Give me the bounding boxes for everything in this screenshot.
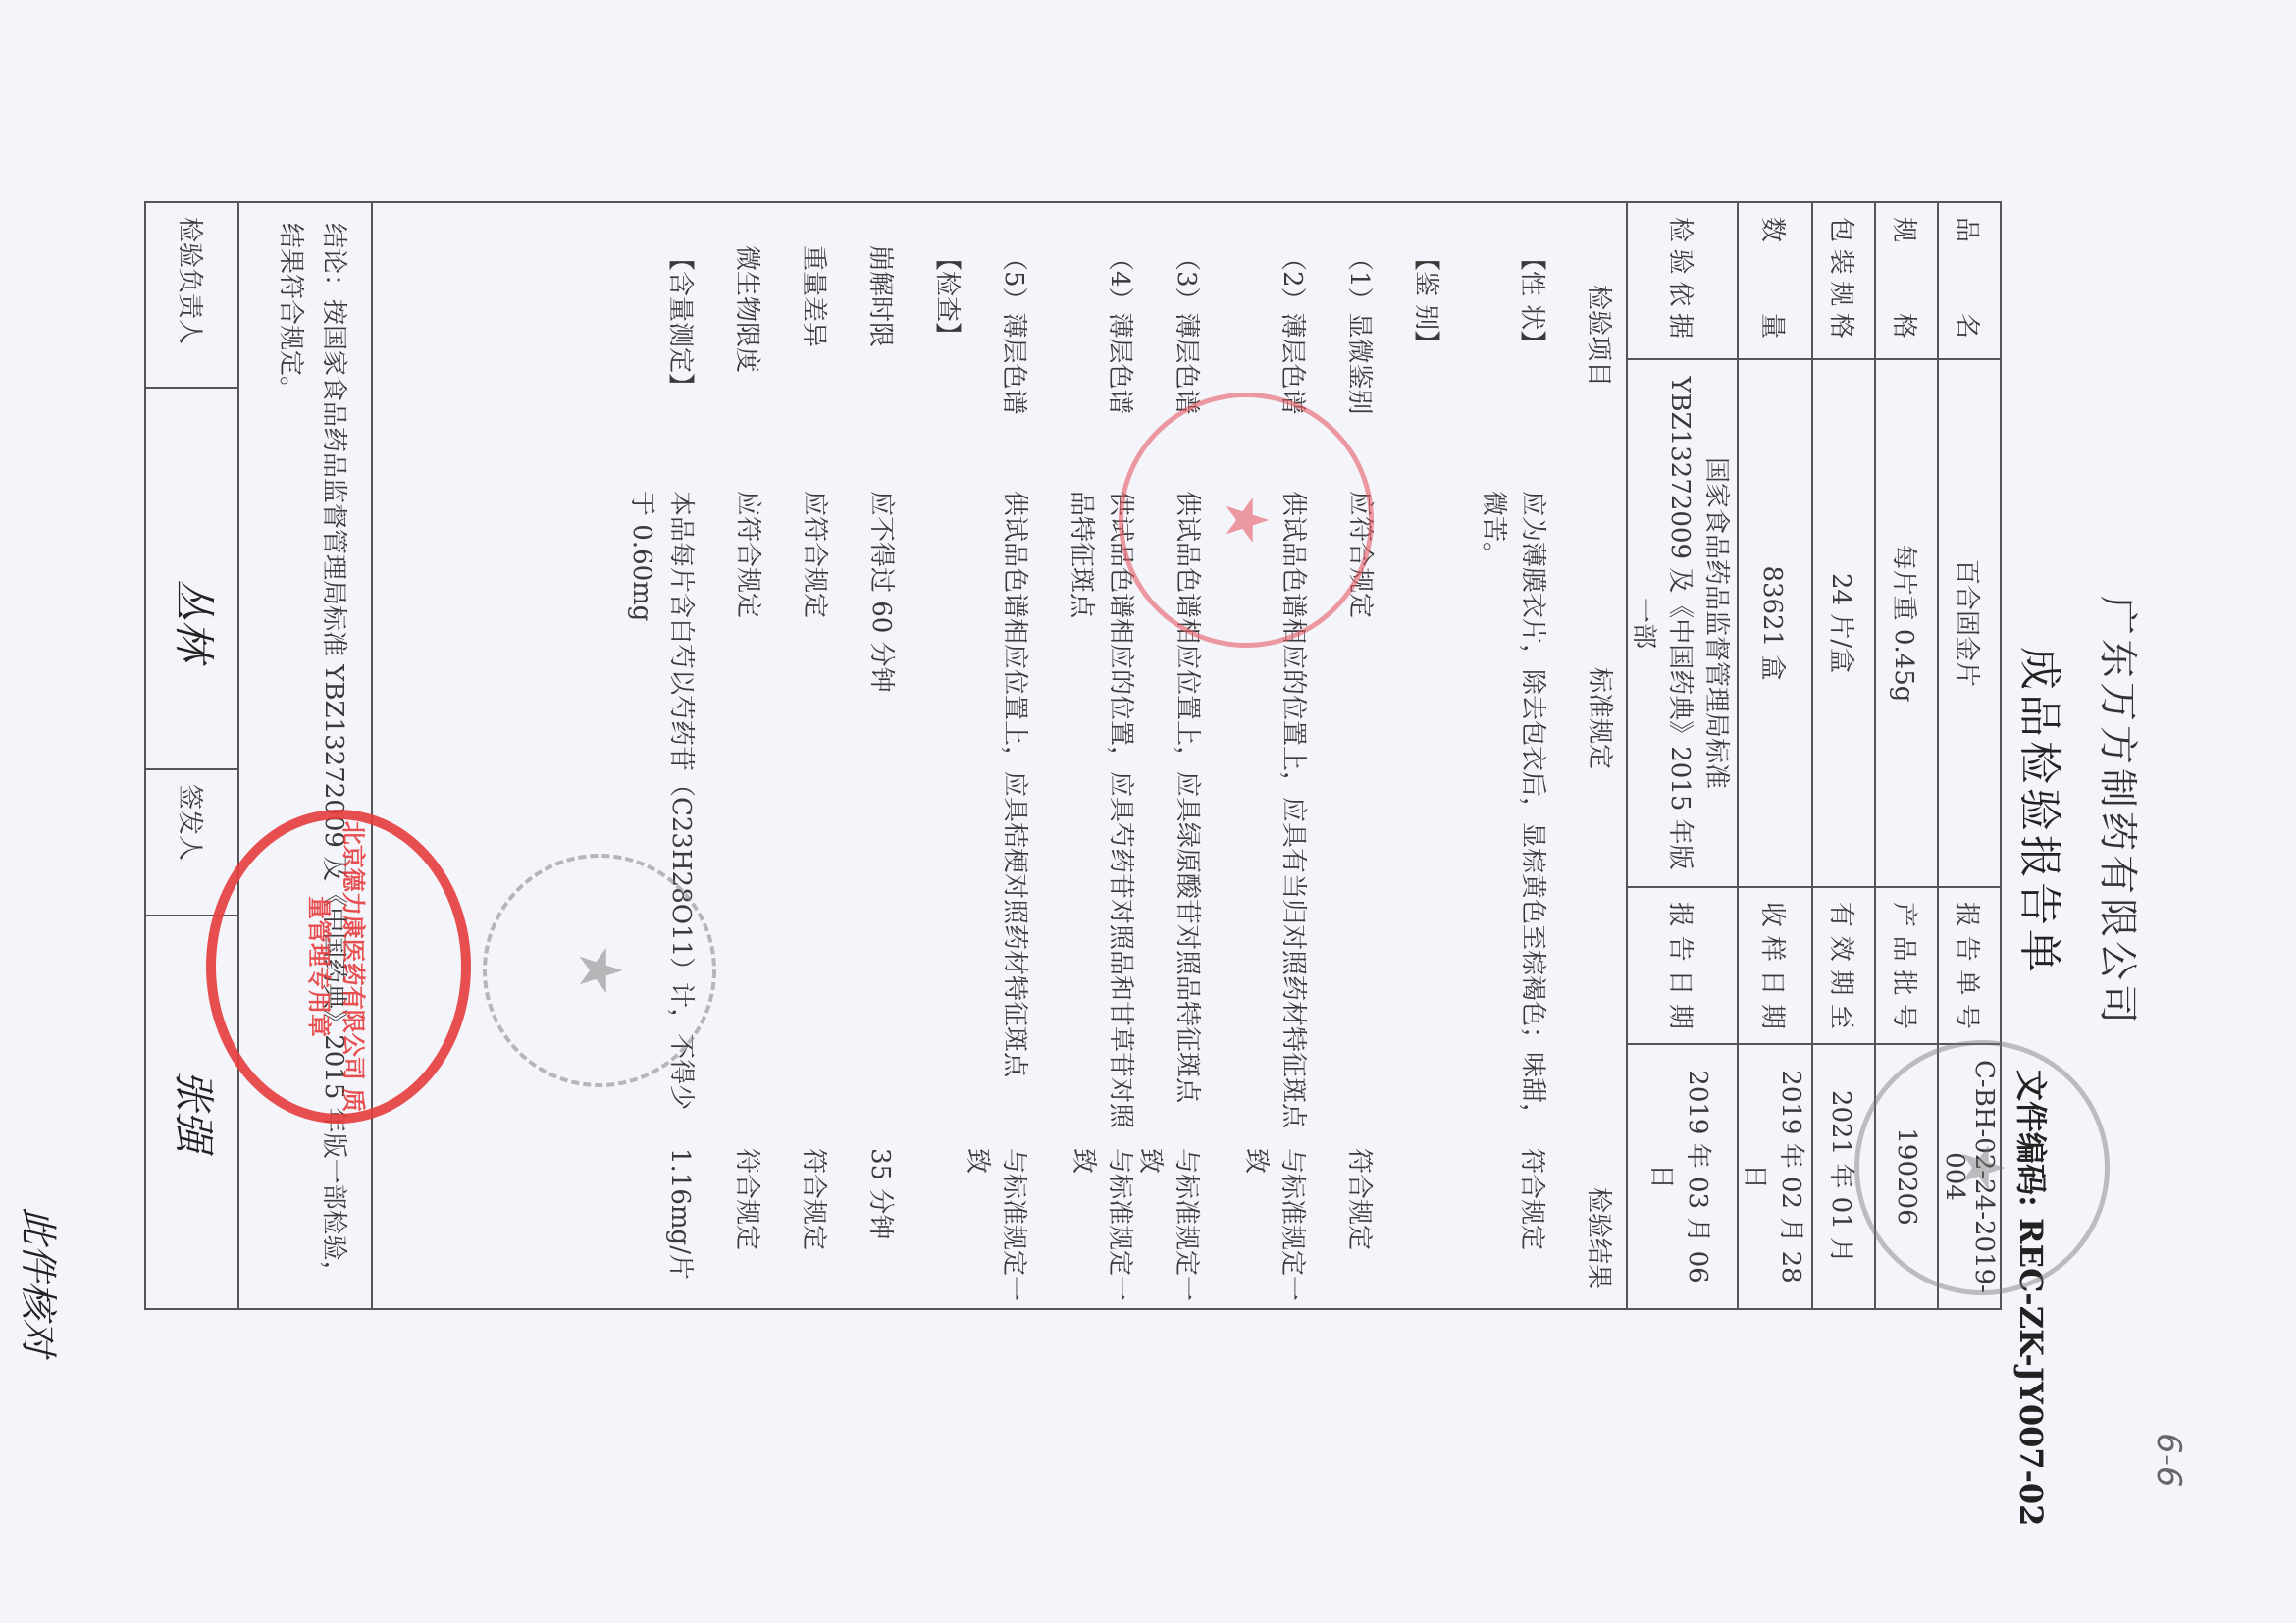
info-label: 数量	[1738, 202, 1812, 359]
info-label: 规格	[1875, 202, 1938, 359]
inspection-item-row: 【检查】	[901, 196, 967, 1315]
item-result: 35 分钟	[864, 1148, 901, 1239]
item-result: 1.16mg/片	[664, 1148, 701, 1280]
item-standard: 供试品色谱相应的位置，应具芍药苷对照品和甘草苷对照品特征斑点	[1062, 491, 1140, 1128]
gray-seal-stamp: ★	[483, 854, 716, 1087]
inspection-item-row: 微生物限度应符合规定符合规定	[701, 196, 767, 1315]
inspection-item-row: （5）薄层色谱供试品色谱相应位置上，应具桔梗对照药材特征斑点与标准规定一致	[967, 196, 1034, 1315]
item-result: 符合规定	[731, 1148, 767, 1250]
item-standard: 应不得过 60 分钟	[861, 491, 901, 1128]
info-label: 报告单号	[1938, 887, 2001, 1044]
inspection-item-row: 重量差异应符合规定符合规定	[767, 196, 834, 1315]
item-standard: 供试品色谱相应位置上，应具桔梗对照药材特征斑点	[995, 491, 1034, 1128]
info-value: 百合固金片	[1938, 359, 2001, 887]
inspection-item-row: 崩解时限应不得过 60 分钟35 分钟	[834, 196, 901, 1315]
issuer-signature: 张强	[167, 1070, 226, 1152]
item-name: （1）显微鉴别	[1343, 245, 1380, 415]
company-name: 广东万方制药有限公司	[2093, 0, 2149, 1623]
item-name: （5）薄层色谱	[998, 245, 1034, 415]
item-name: 微生物限度	[731, 245, 767, 373]
inspector-signature: 丛林	[167, 579, 226, 661]
inspection-item-row: 【鉴 别】	[1380, 196, 1446, 1315]
inspection-report-page: 6-6 广东万方制药有限公司 成品检验报告单 文件编码: REC-ZK-JY00…	[0, 0, 2296, 1623]
inspection-item-row: 【含量测定】本品每片含白芍以芍药苷（C23H28O11）计，不得少于 0.60m…	[595, 196, 701, 1315]
inspection-item-row: （2）薄层色谱供试品色谱相应的位置上，应具有当归对照药材特征斑点与标准规定一致	[1207, 196, 1313, 1315]
inspection-item-row: （1）显微鉴别应符合规定符合规定	[1313, 196, 1380, 1315]
inspection-item-row: （4）薄层色谱供试品色谱相应的位置，应具芍药苷对照品和甘草苷对照品特征斑点与标准…	[1034, 196, 1140, 1315]
item-name: 【检查】	[931, 245, 967, 347]
inspection-items-list: 检验项目 标准规定 检验结果 【性 状】应为薄膜衣片，除去包衣后，显棕黄色至棕褐…	[595, 196, 1619, 1315]
company-seal-stamp: ★	[1854, 1040, 2110, 1295]
item-result: 与标准规定一致	[1068, 1148, 1140, 1315]
item-result: 符合规定	[1516, 1148, 1552, 1250]
item-result: 与标准规定一致	[1134, 1148, 1207, 1315]
info-label: 产品批号	[1875, 887, 1938, 1044]
info-label: 品名	[1938, 202, 2001, 359]
info-row: 数量83621 盒收样日期2019 年 02 月 28 日	[1738, 202, 1812, 1309]
item-name: （4）薄层色谱	[1104, 245, 1140, 415]
item-name: 崩解时限	[864, 245, 901, 347]
items-header-result: 检验结果	[1583, 1187, 1619, 1289]
inspection-item-row: （3）薄层色谱供试品色谱相应位置上，应具绿原酸苷对照品特征斑点与标准规定一致	[1140, 196, 1207, 1315]
quality-seal-stamp: 北京德力康医药有限公司 质量管理专用章	[206, 810, 471, 1124]
info-label: 有效期至	[1812, 887, 1875, 1044]
info-value: 24 片/盒	[1812, 359, 1875, 887]
item-name: 【鉴 别】	[1410, 245, 1446, 355]
item-standard: 应为薄膜衣片，除去包衣后，显棕黄色至棕褐色；味甜，微苦。	[1474, 491, 1552, 1128]
item-result: 符合规定	[1343, 1148, 1380, 1250]
star-icon: ★	[1948, 1141, 2016, 1194]
item-name: 【含量测定】	[664, 245, 701, 398]
item-result: 与标准规定一致	[1240, 1148, 1313, 1315]
page-number-handwritten: 6-6	[2149, 1433, 2188, 1488]
item-standard: 应符合规定	[728, 491, 767, 1128]
item-name: 重量差异	[798, 245, 834, 347]
inspection-item-row: 【性 状】应为薄膜衣片，除去包衣后，显棕黄色至棕褐色；味甜，微苦。符合规定	[1446, 196, 1552, 1315]
star-icon: ★	[565, 944, 634, 997]
info-label: 包装规格	[1812, 202, 1875, 359]
item-name: （3）薄层色谱	[1171, 245, 1207, 415]
handwritten-note: 此件核对	[15, 1207, 69, 1356]
item-name: 【性 状】	[1516, 245, 1552, 355]
info-value: 83621 盒	[1738, 359, 1812, 887]
items-header-name: 检验项目	[1583, 285, 1619, 387]
inspector-label: 检验负责人	[146, 203, 237, 389]
info-value: 每片重 0.45g	[1875, 359, 1938, 887]
info-label: 收样日期	[1738, 887, 1812, 1044]
item-name: （2）薄层色谱	[1277, 245, 1313, 415]
item-result: 与标准规定一致	[962, 1148, 1034, 1315]
item-result: 符合规定	[798, 1148, 834, 1250]
star-icon: ★	[1212, 494, 1280, 547]
item-standard: 应符合规定	[795, 491, 834, 1128]
info-value: 2019 年 02 月 28 日	[1738, 1044, 1812, 1309]
red-seal-stamp: ★	[1119, 393, 1374, 648]
conclusion: 结论：按国家食品药品监督管理局标准 YBZ13272009 及《中国药典》201…	[235, 203, 373, 1308]
items-header-row: 检验项目 标准规定 检验结果	[1552, 196, 1619, 1315]
